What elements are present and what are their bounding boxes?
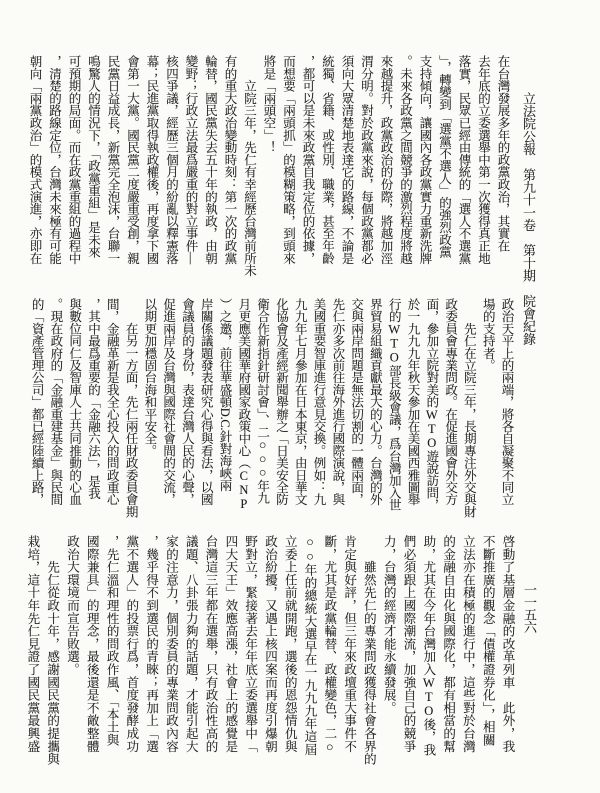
text-column-9: 肯定與好評，但三年來政壇重大事件不 — [339, 535, 359, 741]
text-column-16: ）之邀，前往華盛頓D.C.針對海峽兩 — [215, 298, 234, 505]
text-column-5: 支持傾向，讓國內各政黨實力重新洗牌 — [415, 55, 435, 253]
text-column-8: 界貿易組織貢獻最大的心力。台灣的外 — [366, 298, 385, 505]
text-column-3: 立法亦在積極的進行中，這些對於台灣 — [458, 535, 478, 741]
text-column-4: 政委員會專業問政。在促進國會外交方 — [441, 298, 460, 505]
text-column-16: 台灣這三年都在選舉，只有政治性高的 — [200, 535, 220, 741]
text-column-17: 岸關係議題發表研究心得與看法，以國 — [196, 298, 215, 505]
text-column-4: 」，轉變到「選黨不選人」的強烈政黨 — [434, 55, 454, 253]
text-column-23: 可預期的局面。而在政黨重組的過程中 — [64, 55, 84, 253]
text-column-21: 民黨日益成長，新黨完全泡沫，台聯一 — [103, 55, 123, 253]
text-column-1: 在台灣發展多年的政黨政治，其實在 — [493, 55, 513, 253]
text-column-8: 渭分明。對於政黨來說，每個政黨都必 — [356, 55, 376, 253]
text-column-4: 的金融自由化與國際化，都有相當的幫 — [438, 535, 458, 741]
text-column-25: 栽培，這十年先仁見證了國民黨最興盛 — [22, 535, 42, 741]
text-column-3: 落實，民眾已經由傳統的「選人不選黨 — [454, 55, 474, 253]
text-column-11: 美國重要智庫進行意見交換。例如：九 — [309, 298, 328, 505]
text-column-6: 。未來各政黨之間競爭的激烈程度將越 — [395, 55, 415, 253]
text-column-14: 立院三年，先仁有幸經歷台灣前所未 — [239, 55, 259, 253]
text-column-17: 變野；行政立法最爲嚴重的對立事件— — [181, 55, 201, 253]
text-column-19: 幕；民進黨取得執政權後，再度拿下國 — [142, 55, 162, 253]
text-column-2: 去年底的立委選舉中第一次獲得真正地 — [473, 55, 493, 253]
text-column-19: ，幾乎得不到選民的青睞；再加上「選 — [141, 535, 161, 741]
text-column-16: 輪替，國民黨失去五十年的執政，由朝 — [200, 55, 220, 253]
text-band-lower: 啓動了基層金融的改革列車 此外，我不斷推廣的觀念「債權證券化」，相關立法亦在積極… — [22, 535, 517, 741]
text-column-18: 會議員的身份，表達台灣人民的心聲， — [178, 298, 197, 505]
text-column-14: 野對立，緊接著去年年底立委選舉中「 — [240, 535, 260, 741]
text-column-15: 四大天王」效應高漲，社會上的感覺是 — [220, 535, 240, 741]
text-column-22: 間，金融革新是我全心投入的問政重心 — [102, 298, 121, 505]
text-column-17: 議題、八卦張力夠的話題，才能引起大 — [180, 535, 200, 741]
text-column-10: 統獨、省籍、或性別、職業，甚至年齡 — [317, 55, 337, 253]
text-column-25: 。現在政府的「金融重建基金」與民間 — [46, 298, 65, 505]
text-column-6: 們必須跟上國際潮流，加強自己的競爭 — [398, 535, 418, 741]
text-column-14: 衛合作新指針研討會」、二○○○年九 — [253, 298, 272, 505]
text-column-13: 將是「兩頭空」！ — [259, 55, 279, 253]
text-column-21: 在另一方面，先仁兩任財政委員會期 — [121, 298, 140, 505]
text-column-5: 助，尤其在今年台灣加入WTO後，我 — [418, 535, 438, 741]
text-column-7: 行的WTO部長級會議，爲台灣加入世 — [384, 298, 403, 505]
text-column-15: 月更應美國華府國家政策中心（CNP — [234, 298, 253, 505]
text-column-2: 場的支持者。 — [478, 298, 497, 505]
text-column-15: 有的重大政治變動時刻：第一次的政黨 — [220, 55, 240, 253]
text-column-11: ，都可以是未來政黨自我定位的依據， — [298, 55, 318, 253]
text-column-26: 的「資產管理公司」都已經陸續上路， — [27, 298, 46, 505]
text-column-23: 政治大環境而宣告敗選。 — [62, 535, 82, 741]
latin-acronym: WTO — [387, 322, 401, 364]
text-column-20: 黨不選人」的投票行爲，首度發酵成功 — [121, 535, 141, 741]
text-column-7: 力，台灣的經濟才能永續發展。 — [378, 535, 398, 741]
text-column-23: ，其中最爲重要的「金融六法」，是我 — [84, 298, 103, 505]
text-band-middle: 政治天平上的兩端，將各自凝聚不同立場的支持者。 先仁在立院三年，長期專注外交與財… — [27, 298, 516, 505]
text-column-13: 政治紛擾，又遇上核四案而再度引爆朝 — [260, 535, 280, 741]
text-column-1: 啓動了基層金融的改革列車 此外，我 — [497, 535, 517, 741]
text-column-3: 先仁在立院三年，長期專注外交與財 — [460, 298, 479, 505]
page-number: 一一五六 — [520, 583, 539, 633]
masthead-title: 立法院公報 第九十一卷 第十期 院會紀錄 — [519, 92, 538, 348]
text-column-7: 來越提升，政黨政治的份際，將越加涇 — [376, 55, 396, 253]
latin-acronym: WTO — [422, 676, 436, 718]
text-column-18: 家的注意力，個別委員的專業問政內容 — [161, 535, 181, 741]
text-column-6: 於一九九九年秋天參加在美國西雅圖舉 — [403, 298, 422, 505]
text-column-10: 斷，尤其是政黨輪替、政權變色，二○ — [319, 535, 339, 741]
text-column-12: 而想要「兩頭抓」的模糊策略，到頭來 — [278, 55, 298, 253]
text-column-12: 立委上任前就開跑，選後的恩怨情仇與 — [279, 535, 299, 741]
text-column-20: 以期更加穩固台海和平安全。 — [140, 298, 159, 505]
text-column-2: 不斷推廣的觀念「債權證券化」，相關 — [477, 535, 497, 741]
text-column-5: 面，參加立院對美的WTO遊說訪問， — [422, 298, 441, 505]
text-column-1: 政治天平上的兩端，將各自凝聚不同立 — [497, 298, 516, 505]
text-column-10: 先仁亦多次前往海外進行國際演說，與 — [328, 298, 347, 505]
text-column-24: ，清楚的路線定位，台灣未來極有可能 — [44, 55, 64, 253]
text-column-9: 須向大眾清楚地表達它的路線，不論是 — [337, 55, 357, 253]
text-column-19: 促進兩岸及台灣與國際社會間的交流， — [159, 298, 178, 505]
text-column-20: 會第一大黨。國民黨二度嚴重受創，親 — [122, 55, 142, 253]
latin-acronym: WTO — [425, 408, 439, 450]
latin-acronym: CNP — [237, 469, 251, 511]
text-column-21: ，先仁溫和理性的問政作風、「本土與 — [101, 535, 121, 741]
text-column-8: 雖然先仁的專業問政獲得社會各界的 — [359, 535, 379, 741]
gazette-scanned-page: 立法院公報 第九十一卷 第十期 院會紀錄 在台灣發展多年的政黨政治，其實在去年底… — [0, 0, 600, 793]
text-column-22: 國際兼具」的理念，最後還是不敵整體 — [81, 535, 101, 741]
text-band-upper: 在台灣發展多年的政黨政治，其實在去年底的立委選舉中第一次獲得真正地落實，民眾已經… — [25, 55, 513, 253]
text-column-25: 朝向「兩黨政治」的模式演進，亦即在 — [25, 55, 45, 253]
text-column-11: ○○年的總統大選早在一九九九年這屆 — [299, 535, 319, 741]
text-column-24: 先仁從政十年，感謝國民黨的提攜與 — [42, 535, 62, 741]
text-column-24: 與數位同仁及智庫人士共同推動的心血 — [65, 298, 84, 505]
text-column-18: 核四爭議，經歷三個月的紛亂以釋憲落 — [161, 55, 181, 253]
text-column-12: 九九年七月參加在日本東京，由日華文 — [290, 298, 309, 505]
text-column-13: 化協會及產經新聞舉辦之「日美安全防 — [272, 298, 291, 505]
text-column-22: 鳴驚人的情況下，「政黨重組」是未來 — [83, 55, 103, 253]
text-column-9: 交與兩岸問題是無法切割的一體兩面， — [347, 298, 366, 505]
